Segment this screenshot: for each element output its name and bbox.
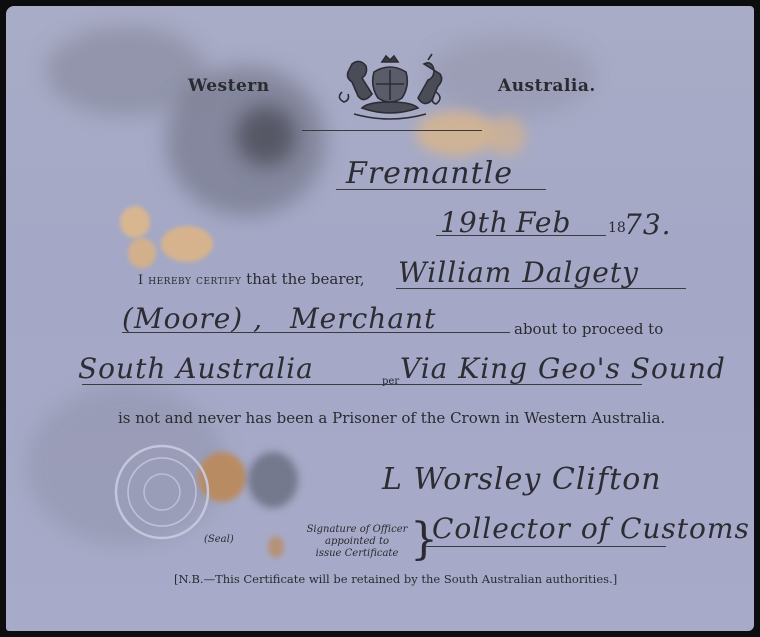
header-western: Western [188, 76, 270, 96]
foxing-stain [268, 536, 284, 558]
destination-rule [82, 384, 642, 385]
footer-note: [N.B.—This Certificate will be retained … [174, 572, 617, 586]
certify-intro: I hereby certify that the bearer, [138, 270, 365, 288]
date-year-suffix: 73. [624, 208, 672, 241]
destination: South Australia [78, 352, 314, 385]
foxing-stain [128, 238, 156, 268]
date-rule [436, 235, 606, 236]
place-handwritten: Fremantle [346, 156, 513, 191]
grime-stain [236, 106, 296, 166]
caption-line3: issue Certificate [306, 548, 408, 560]
occupation-rule [122, 332, 510, 333]
coat-of-arms-icon [332, 52, 448, 122]
bearer-name-line2: (Moore) , [122, 302, 263, 335]
signature-rule [426, 546, 666, 547]
foxing-stain [120, 206, 150, 238]
foxing-stain [161, 226, 213, 262]
header-australia: Australia. [498, 76, 596, 96]
header-rule [302, 130, 482, 131]
certificate-paper: Western Australia. Fremantle 19th Feb 18… [6, 6, 754, 631]
caption-line2: appointed to [306, 536, 408, 548]
signature-caption: Signature of Officer appointed to issue … [306, 524, 408, 560]
officer-signature: L Worsley Clifton [382, 462, 662, 497]
foxing-stain [486, 116, 526, 156]
bearer-name-line1: William Dalgety [398, 256, 639, 289]
bearer-rule [396, 288, 686, 289]
bearer-occupation: Merchant [290, 302, 436, 335]
place-rule [336, 189, 546, 190]
route: Via King Geo's Sound [400, 352, 726, 385]
caption-line1: Signature of Officer [306, 524, 408, 536]
proceed-text: about to proceed to [514, 320, 663, 338]
per-label: per [382, 376, 399, 387]
embossed-seal-icon [112, 442, 212, 542]
certify-smallcaps: I hereby certify [138, 273, 241, 288]
foxing-stain [248, 452, 298, 508]
officer-title: Collector of Customs [432, 512, 750, 545]
certify-rest: that the bearer, [246, 270, 365, 288]
prisoner-statement: is not and never has been a Prisoner of … [118, 409, 665, 427]
seal-label: (Seal) [204, 534, 234, 545]
